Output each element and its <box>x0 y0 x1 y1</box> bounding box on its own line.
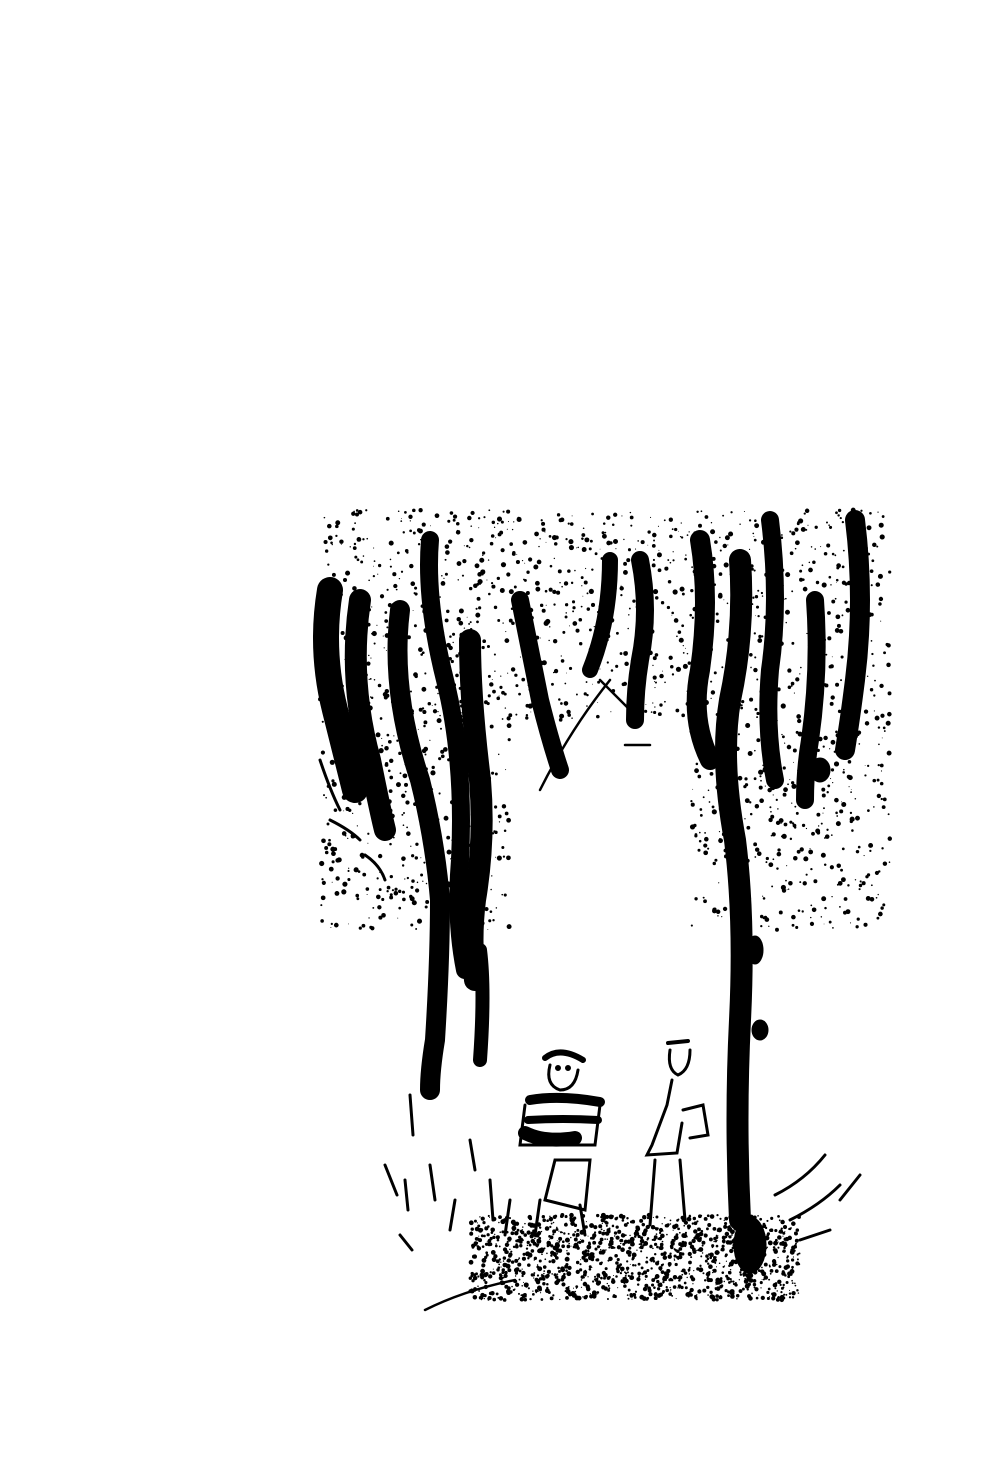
ink-illustration <box>0 0 1000 1459</box>
figure-left <box>520 1052 600 1235</box>
grass-strokes <box>385 1095 860 1250</box>
figure-right <box>647 1041 708 1225</box>
left-tree <box>320 540 560 1090</box>
